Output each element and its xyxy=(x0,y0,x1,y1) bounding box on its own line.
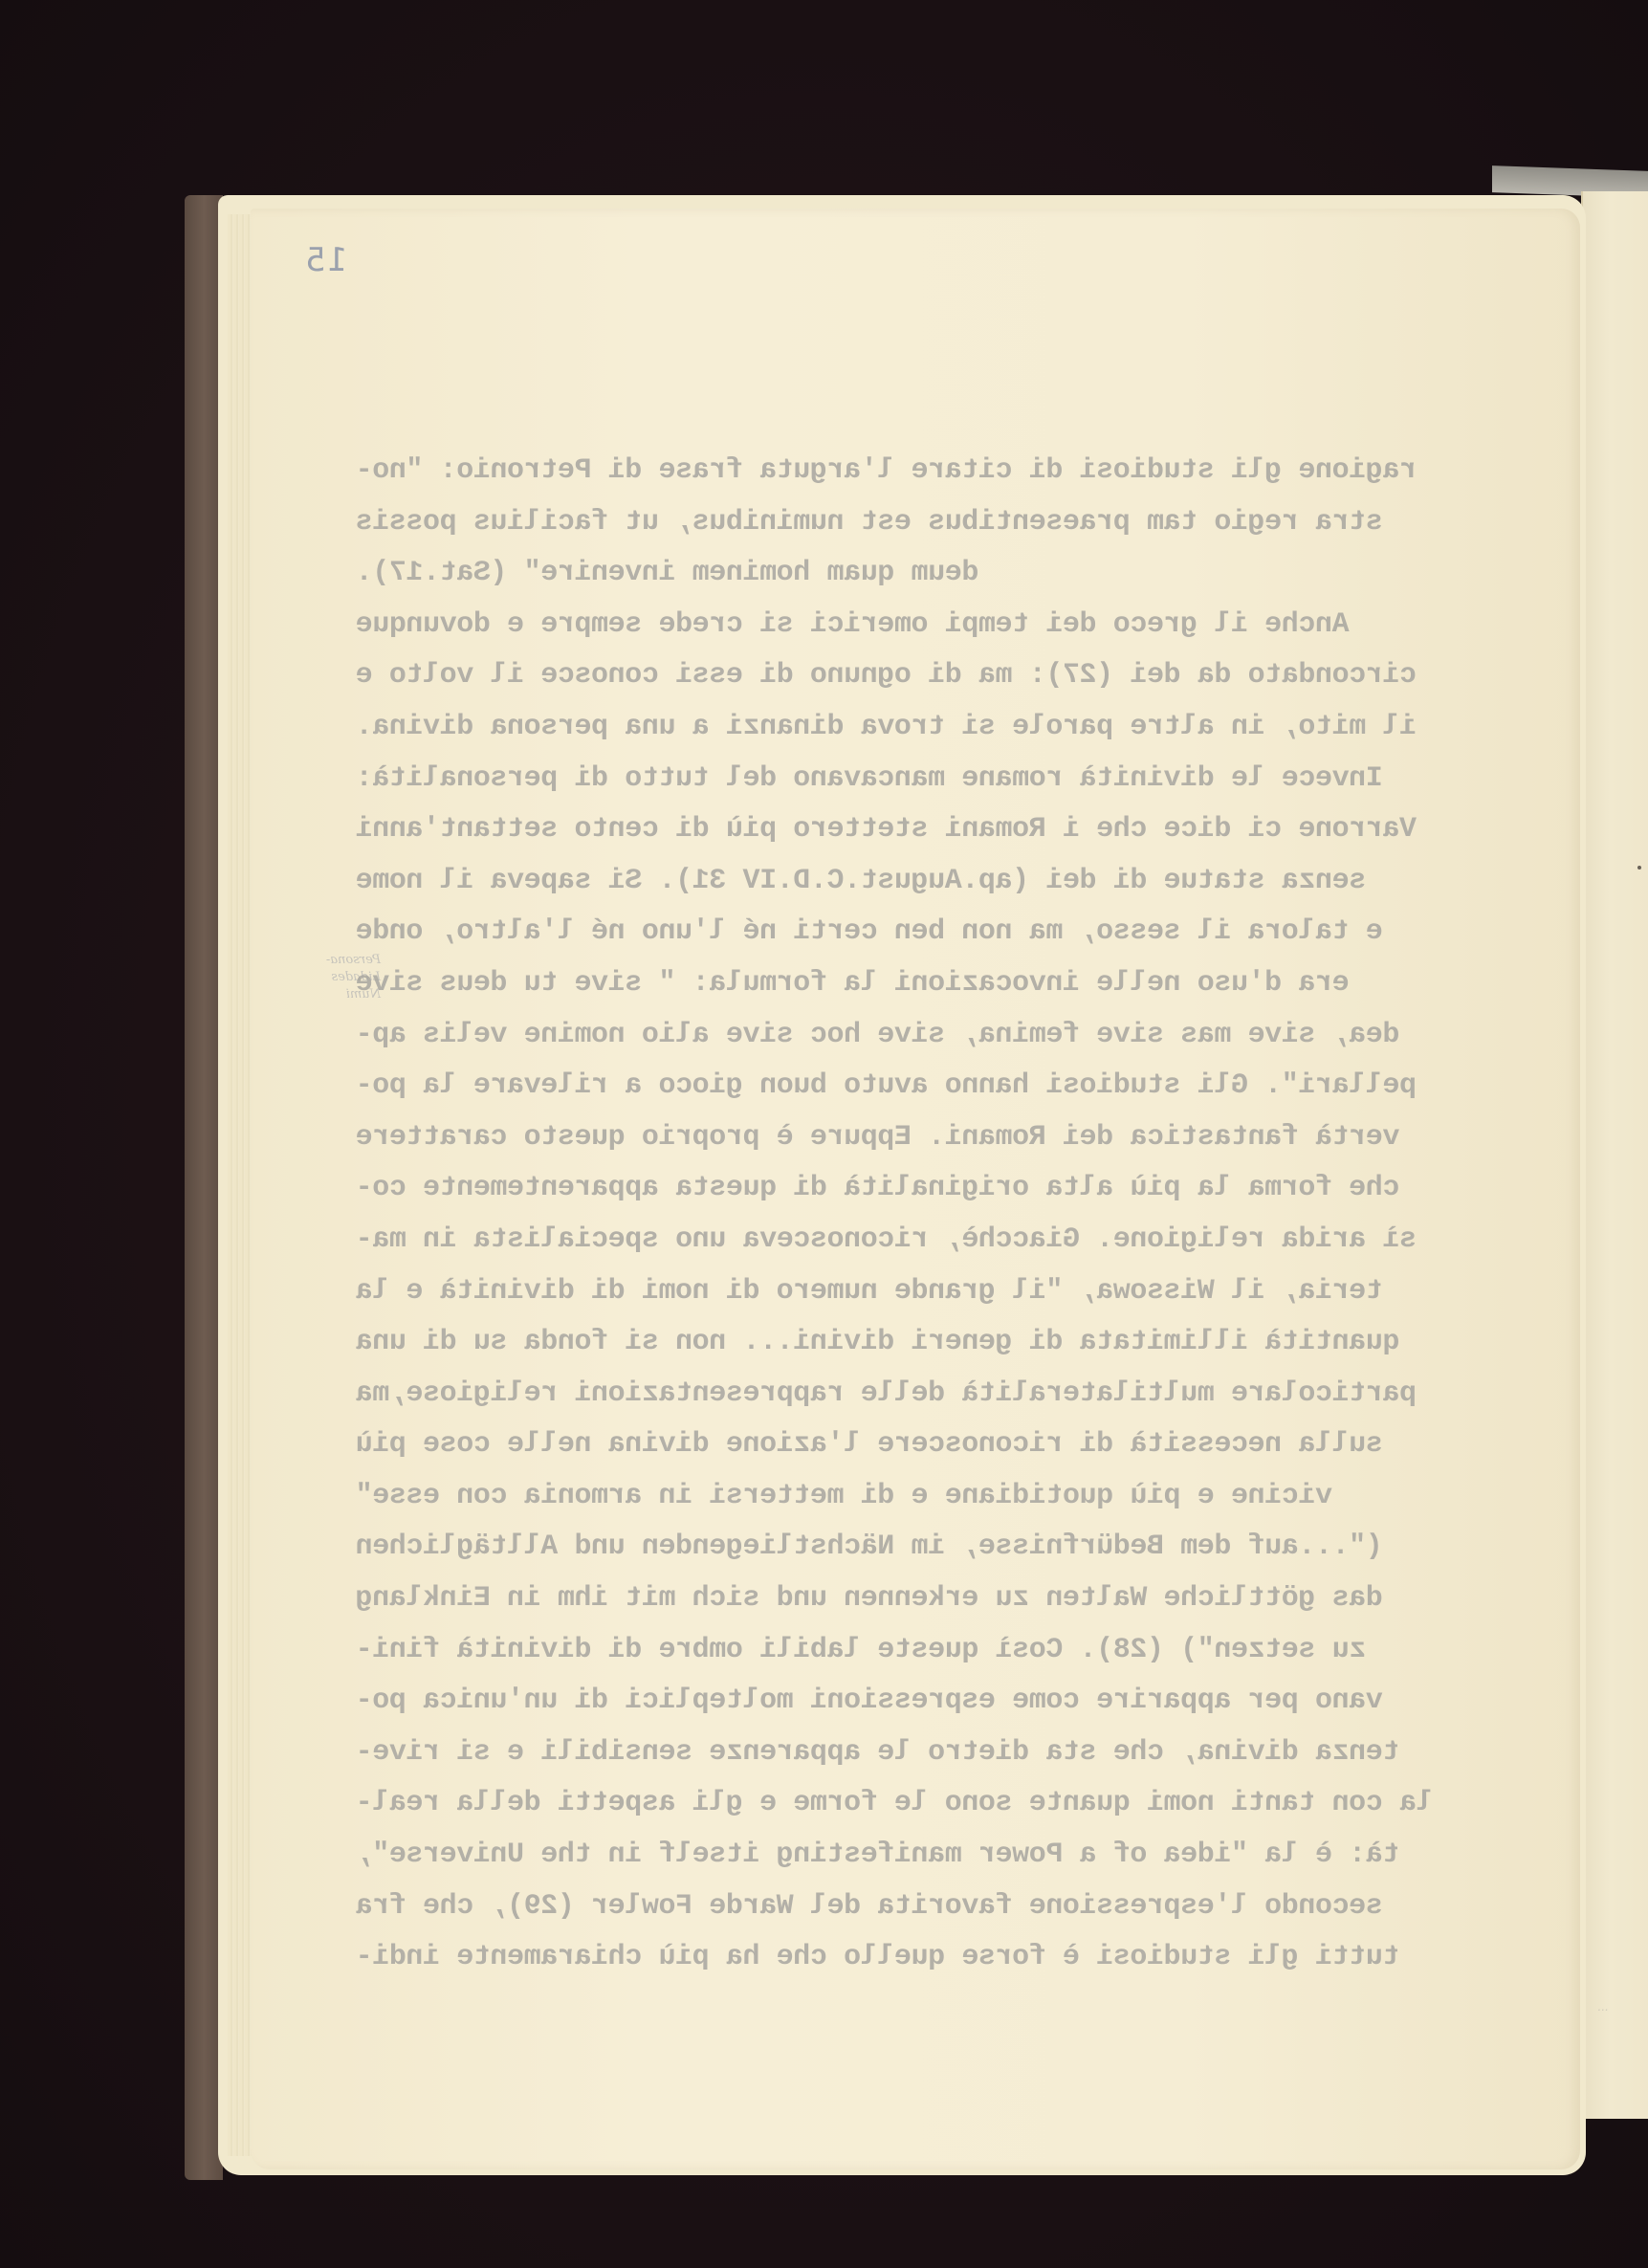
text-line: pellari". Gli studiosi hanno avuto buon … xyxy=(356,1061,1463,1112)
text-line: senza statue di dei (ap.August.C.D.IV 31… xyxy=(356,856,1463,908)
text-line: Anche il greco dei tempi omerici si cred… xyxy=(356,600,1463,651)
text-line: sulla necessità di riconoscere l'azione … xyxy=(356,1420,1463,1471)
text-line: tà: è la "idea of a Power manifesting it… xyxy=(356,1830,1463,1882)
text-line: tutti gli studiosi è forse quello che ha… xyxy=(356,1932,1463,1984)
text-line: dea, sive mas sive femina, sive hoc sive… xyxy=(356,1010,1463,1062)
speck xyxy=(1637,866,1641,870)
text-line: sì arida religione. Giacchè, riconosceva… xyxy=(356,1215,1463,1266)
next-page-edge xyxy=(1581,191,1648,2119)
page-number: 15 xyxy=(304,241,347,279)
text-line: circondato da dei (27): ma di ognuno di … xyxy=(356,650,1463,702)
text-line: particolare multilateralità delle rappre… xyxy=(356,1369,1463,1420)
text-line: ("...auf dem Bedürfnisse, im Nächstliege… xyxy=(356,1522,1463,1574)
text-line: che forma la più alta originalità di que… xyxy=(356,1163,1463,1215)
text-line: vano per apparire come espressioni molte… xyxy=(356,1676,1463,1728)
text-line: zu setzen") (28). Così queste labili omb… xyxy=(356,1625,1463,1677)
text-line: stra regio tam praesentibus est numinibu… xyxy=(356,497,1463,549)
text-line: quantità illimitata di generi divini... … xyxy=(356,1317,1463,1369)
text-line: teria, il Wissowa, "il grande numero di … xyxy=(356,1266,1463,1318)
text-line: tenza divina, che sta dietro le apparenz… xyxy=(356,1728,1463,1779)
text-line: era d'uso nelle invocazioni la formula: … xyxy=(356,958,1463,1010)
typewritten-text: ragione gli studiosi di citare l'arguta … xyxy=(356,446,1463,1984)
book-cover-edge xyxy=(185,195,223,2180)
text-line: vertà fantastica dei Romani. Eppure è pr… xyxy=(356,1112,1463,1164)
text-line: vicine e più quotidiane e di mettersi in… xyxy=(356,1471,1463,1523)
text-line: deum quam hominem invenire" (Sat.17). xyxy=(356,548,1463,600)
text-line: secondo l'espressione favorita del Warde… xyxy=(356,1882,1463,1933)
margin-note-right: ... xyxy=(1597,1999,1645,2015)
text-line: e talora il sesso, ma non ben certi né l… xyxy=(356,907,1463,958)
photo-scene: 15 Persona- Lidades Numi ... ragione gli… xyxy=(0,0,1648,2268)
text-line: la con tanti nomi quante sono le forme e… xyxy=(356,1778,1463,1830)
text-line: das göttliche Walten zu erkennen und sic… xyxy=(356,1574,1463,1625)
margin-note-line: ... xyxy=(1597,1999,1645,2015)
text-line: Invece le divinità romane mancavano del … xyxy=(356,754,1463,805)
text-line: ragione gli studiosi di citare l'arguta … xyxy=(356,446,1463,497)
text-line: Varrone ci dice che i Romani stettero pi… xyxy=(356,804,1463,856)
text-line: il mito, in altre parole si trova dinanz… xyxy=(356,702,1463,754)
